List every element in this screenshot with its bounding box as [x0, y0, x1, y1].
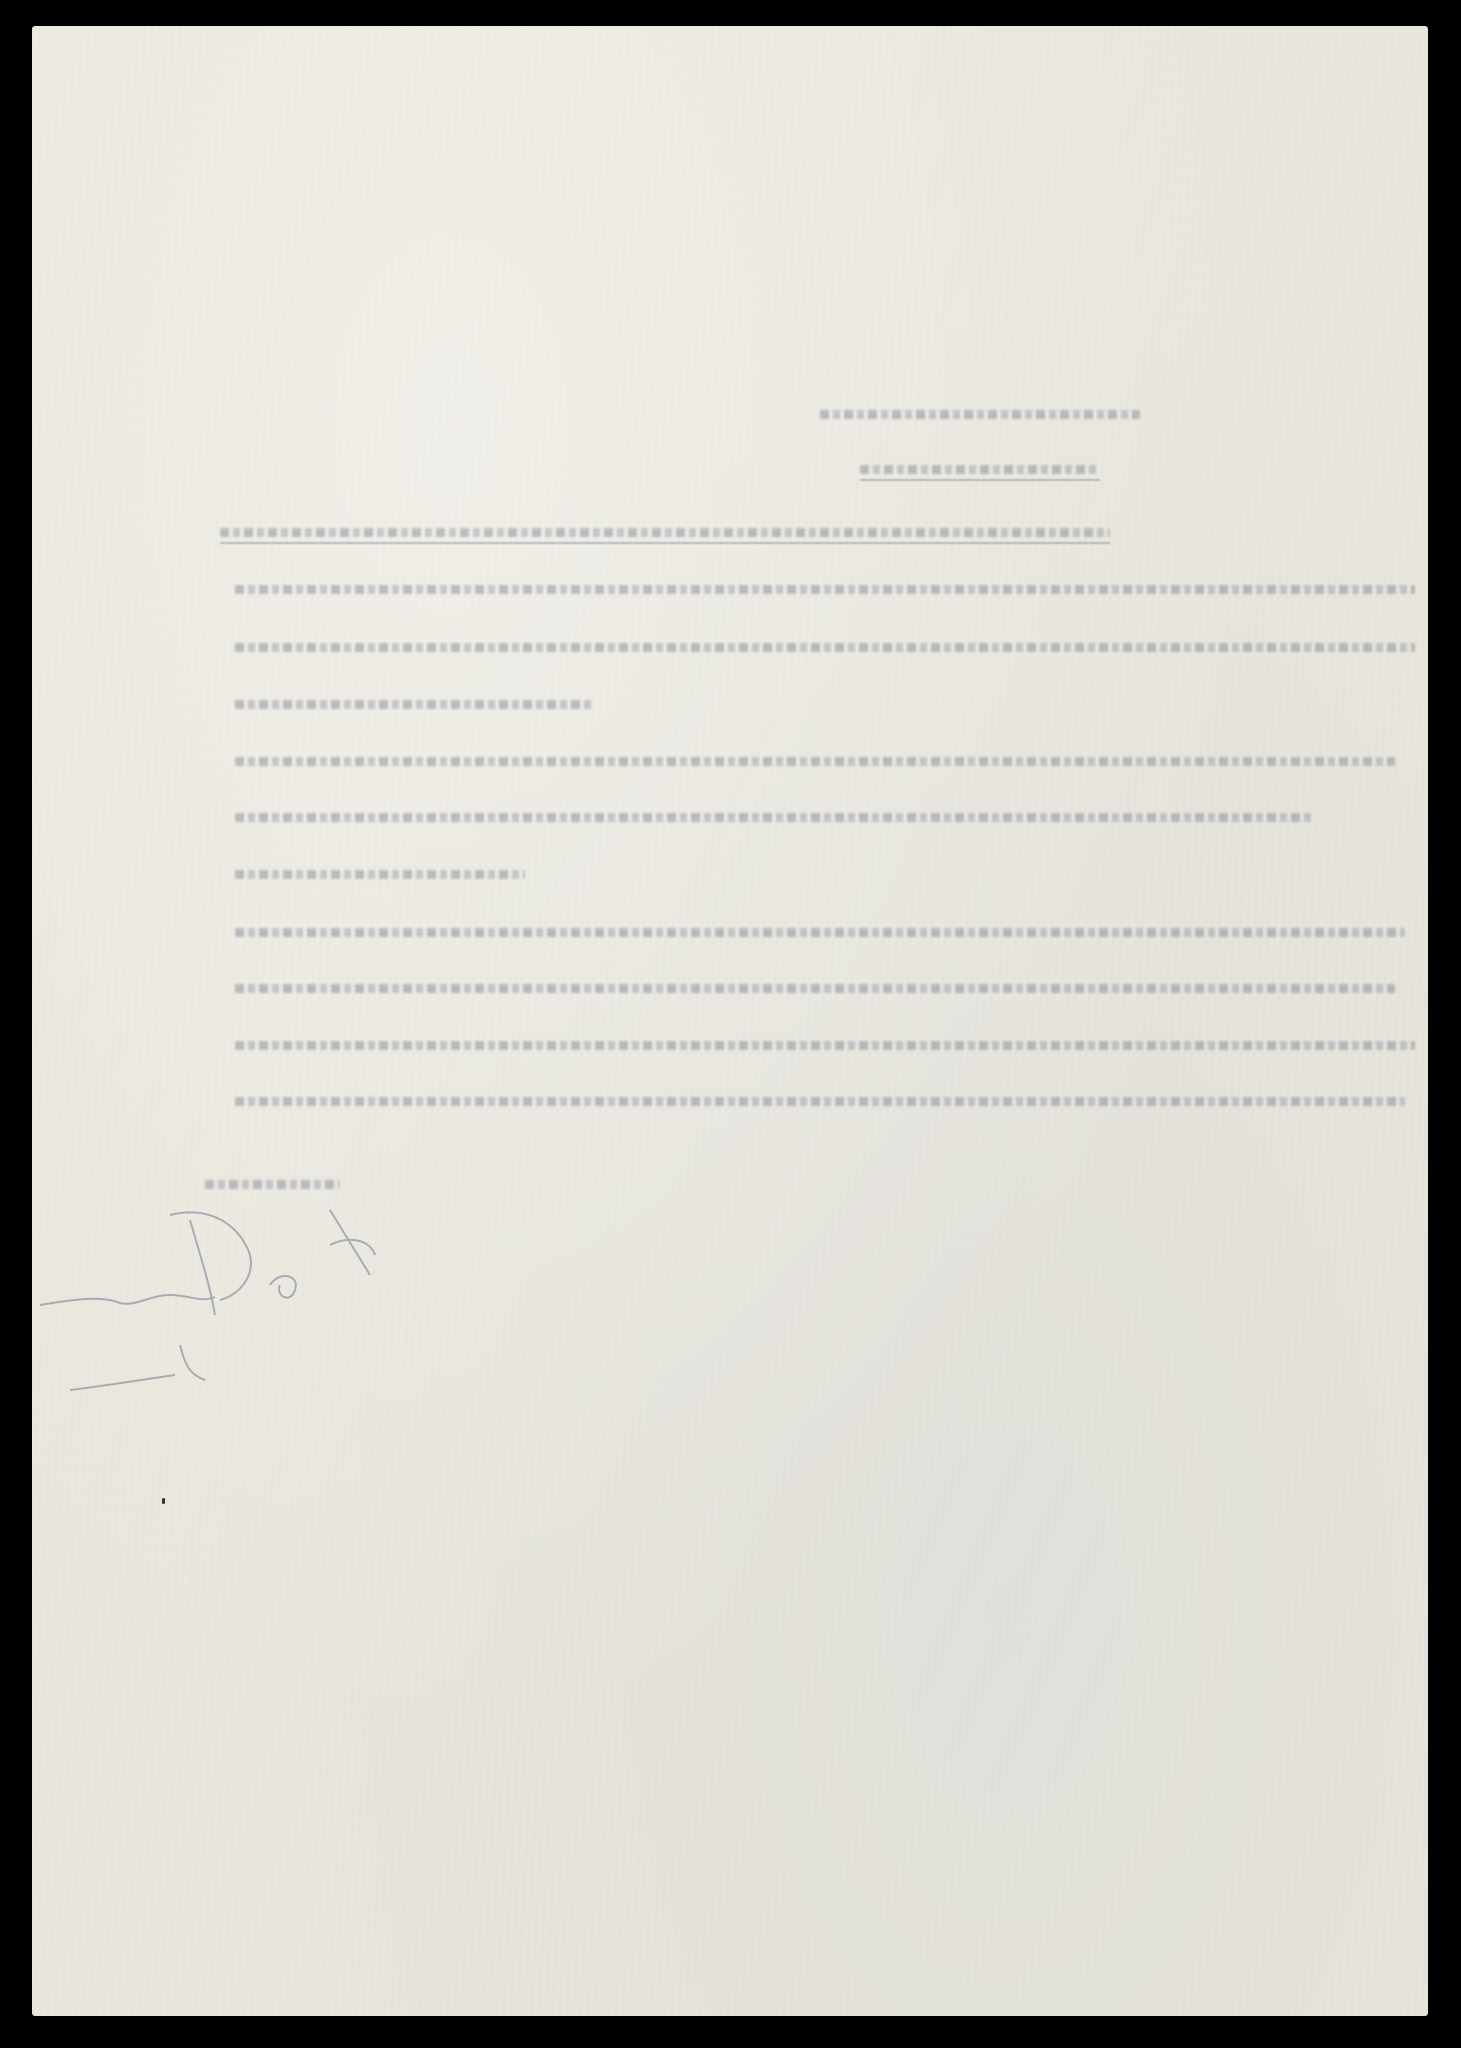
typed-line-body-8 — [235, 984, 1395, 993]
typed-line-heading — [860, 465, 1100, 474]
typed-line-body-2 — [235, 643, 1415, 652]
typed-line-addressee — [820, 410, 1140, 419]
typed-line-body-10 — [235, 1097, 1405, 1106]
document-page — [32, 26, 1428, 2016]
typed-line-body-7 — [235, 928, 1405, 937]
typed-line-body-6 — [235, 870, 525, 879]
underline — [220, 542, 1110, 544]
typed-line-body-3 — [235, 700, 595, 709]
signature — [40, 1195, 540, 1395]
ink-speck — [162, 1498, 165, 1504]
typed-line-ref-line — [220, 528, 1110, 537]
typed-line-body-9 — [235, 1041, 1415, 1050]
typed-line-body-4 — [235, 757, 1395, 766]
typed-line-body-1 — [235, 585, 1415, 594]
underline — [860, 479, 1100, 481]
typed-line-date-line — [205, 1180, 340, 1189]
typed-line-body-5 — [235, 813, 1315, 822]
